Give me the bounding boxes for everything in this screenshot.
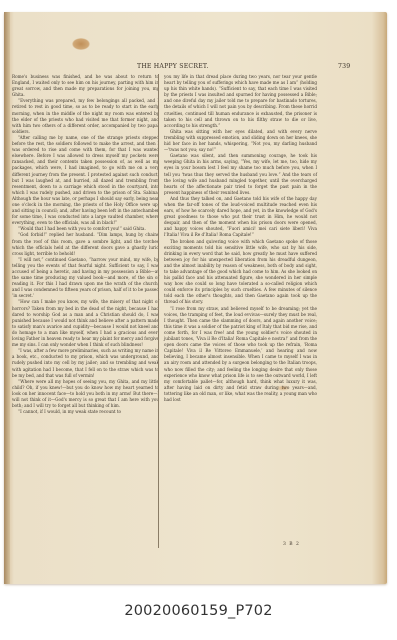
paragraph: Rome's business was finished, and he was… <box>12 74 159 98</box>
paragraph: And thus they talked on, and Gaetano tol… <box>164 196 317 239</box>
left-column: Rome's business was finished, and he was… <box>12 74 159 415</box>
page-number: 739 <box>338 63 350 70</box>
page-header: THE HAPPY SECRET. 739 <box>4 63 387 73</box>
book-page: THE HAPPY SECRET. 739 Rome's business wa… <box>4 12 387 584</box>
paragraph: “How can I make you know, my wife, the m… <box>12 299 159 348</box>
column-divider <box>158 74 159 548</box>
right-column: you my life in that dread place during t… <box>164 74 317 403</box>
paragraph: “Everything was prepared, my few belongi… <box>12 98 159 135</box>
paragraph: “Where were all my hopes of seeing you, … <box>12 379 159 409</box>
paragraph: “After calling me by name, one of the st… <box>12 135 159 226</box>
signature-mark: 3 B 2 <box>283 542 300 547</box>
paragraph: “I cannot, if I would, in my weak state … <box>12 409 159 415</box>
paragraph: “I will not,” continued Gaetano, “harrow… <box>12 257 159 300</box>
paragraph: “God forbid!” replied her husband. “Dim … <box>12 232 159 256</box>
paragraph: “I was, after a few more preliminaries, … <box>12 348 159 378</box>
paragraph: The broken and quivering voice with whic… <box>164 239 317 306</box>
page-stain <box>72 38 90 50</box>
image-caption: 20020060159_P702 <box>0 603 397 619</box>
paragraph: Ghita was sitting with her eyes dilated,… <box>164 129 317 153</box>
running-title: THE HAPPY SECRET. <box>137 63 209 70</box>
paragraph: you my life in that dread place during t… <box>164 74 317 129</box>
paragraph: Gaetano was silent, and then summoning c… <box>164 153 317 196</box>
paragraph: “I rose from my straw, and believed myse… <box>164 306 317 404</box>
